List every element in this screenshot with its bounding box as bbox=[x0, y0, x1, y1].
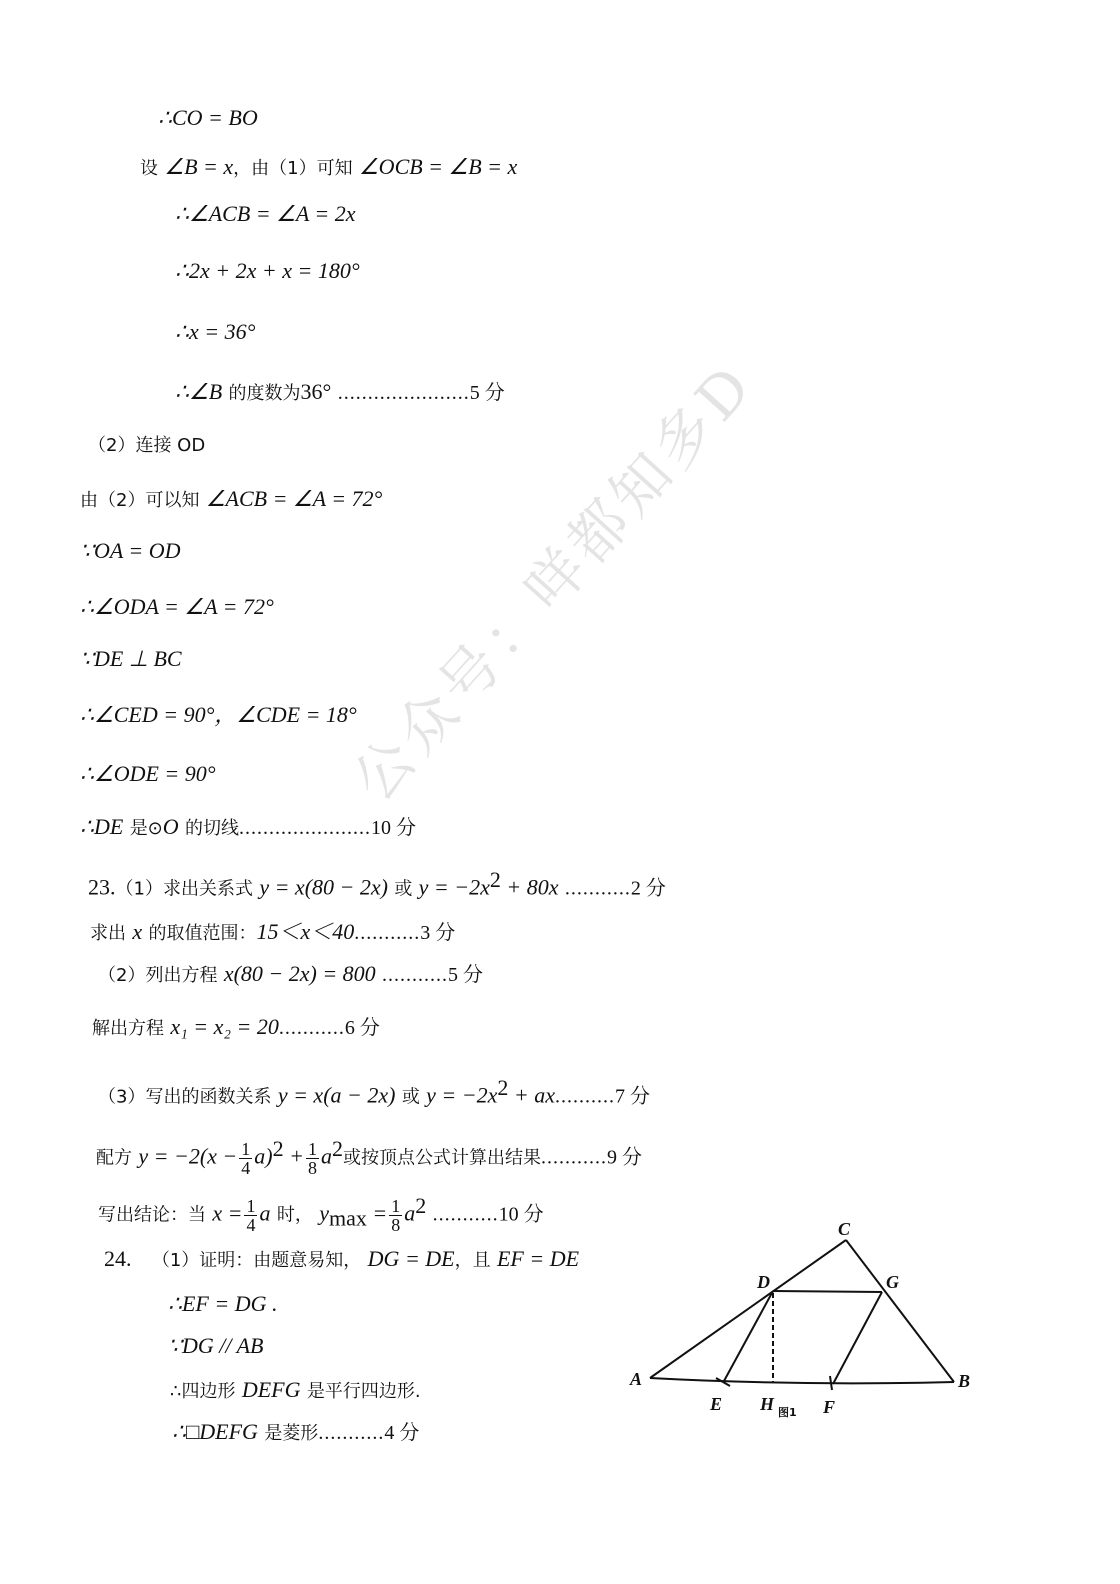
proof-line: ∴∠CED = 90°，∠CDE = 18° bbox=[80, 701, 357, 729]
proof-line: ∴x = 36° bbox=[175, 318, 255, 346]
score-line: （2）列出方程 x(80 − 2x) = 800 ...........5 分 bbox=[98, 960, 483, 990]
proof-line: ∵DE ⊥ BC bbox=[80, 645, 182, 673]
score-label: 5 分 bbox=[470, 382, 505, 404]
point-label-a: A bbox=[629, 1369, 642, 1389]
score-label: 7 分 bbox=[615, 1086, 650, 1108]
score-label: 6 分 bbox=[345, 1017, 380, 1039]
score-line: ∴∠B 的度数为36° ......................5 分 bbox=[175, 378, 505, 408]
proof-line: ∵OA = OD bbox=[80, 537, 181, 565]
score-line: 求出 x 的取值范围：15＜x＜40...........3 分 bbox=[90, 918, 455, 948]
proof-line: 设 ∠B = x，由（1）可知 ∠OCB = ∠B = x bbox=[140, 153, 517, 183]
score-line: ∴DE 是⊙O 的切线......................10 分 bbox=[80, 813, 416, 843]
score-line: 配方 y = −2(x −14a)2 +18a2或按顶点公式计算出结果.....… bbox=[96, 1127, 642, 1181]
score-label: 9 分 bbox=[607, 1147, 642, 1169]
geometry-diagram: A B C D E F G H 图1 bbox=[620, 1210, 980, 1420]
point-label-c: C bbox=[838, 1219, 851, 1239]
point-label-f: F bbox=[822, 1397, 835, 1417]
fraction: 14 bbox=[239, 1140, 252, 1177]
score-line: 23.（1）求出关系式 y = x(80 − 2x) 或 y = −2x2 + … bbox=[88, 866, 666, 904]
point-label-d: D bbox=[756, 1272, 770, 1292]
fraction: 18 bbox=[389, 1197, 402, 1234]
fraction: 18 bbox=[306, 1140, 319, 1177]
score-label: 10 分 bbox=[371, 817, 416, 839]
point-label-g: G bbox=[886, 1272, 899, 1292]
section-heading: （2）连接 OD bbox=[88, 430, 205, 460]
proof-line: ∴∠ACB = ∠A = 2x bbox=[175, 200, 356, 228]
score-line: （3）写出的函数关系 y = x(a − 2x) 或 y = −2x2 + ax… bbox=[98, 1074, 650, 1112]
figure-caption: 图1 bbox=[778, 1405, 797, 1419]
proof-line: ∴CO = BO bbox=[158, 104, 258, 132]
score-label: 4 分 bbox=[384, 1422, 419, 1444]
proof-line: ∴EF = DG . bbox=[168, 1290, 278, 1318]
point-label-b: B bbox=[957, 1371, 970, 1391]
proof-line: ∴∠ODA = ∠A = 72° bbox=[80, 593, 274, 621]
score-line: 解出方程 x₁ = x₂ = 20...........6 分 bbox=[92, 1013, 380, 1043]
proof-line: ∴四边形 DEFG 是平行四边形. bbox=[170, 1376, 421, 1406]
proof-line: 24. （1）证明：由题意易知， DG = DE，且 EF = DE bbox=[104, 1245, 579, 1275]
watermark: 公众号：咩都知多D bbox=[330, 340, 770, 816]
point-label-h: H bbox=[759, 1394, 775, 1414]
score-line: ∴□DEFG 是菱形...........4 分 bbox=[172, 1418, 419, 1448]
point-label-e: E bbox=[709, 1394, 722, 1414]
score-label: 2 分 bbox=[631, 878, 666, 900]
proof-line: ∵DG // AB bbox=[168, 1332, 263, 1360]
score-label: 10 分 bbox=[499, 1204, 544, 1226]
proof-line: ∴2x + 2x + x = 180° bbox=[175, 257, 360, 285]
score-label: 3 分 bbox=[420, 922, 455, 944]
fraction: 14 bbox=[244, 1197, 257, 1234]
score-label: 5 分 bbox=[448, 964, 483, 986]
proof-line: 由（2）可以知 ∠ACB = ∠A = 72° bbox=[80, 485, 382, 515]
score-line: 写出结论：当 x =14a 时， ymax =18a2 ...........1… bbox=[98, 1184, 544, 1241]
proof-line: ∴∠ODE = 90° bbox=[80, 760, 216, 788]
